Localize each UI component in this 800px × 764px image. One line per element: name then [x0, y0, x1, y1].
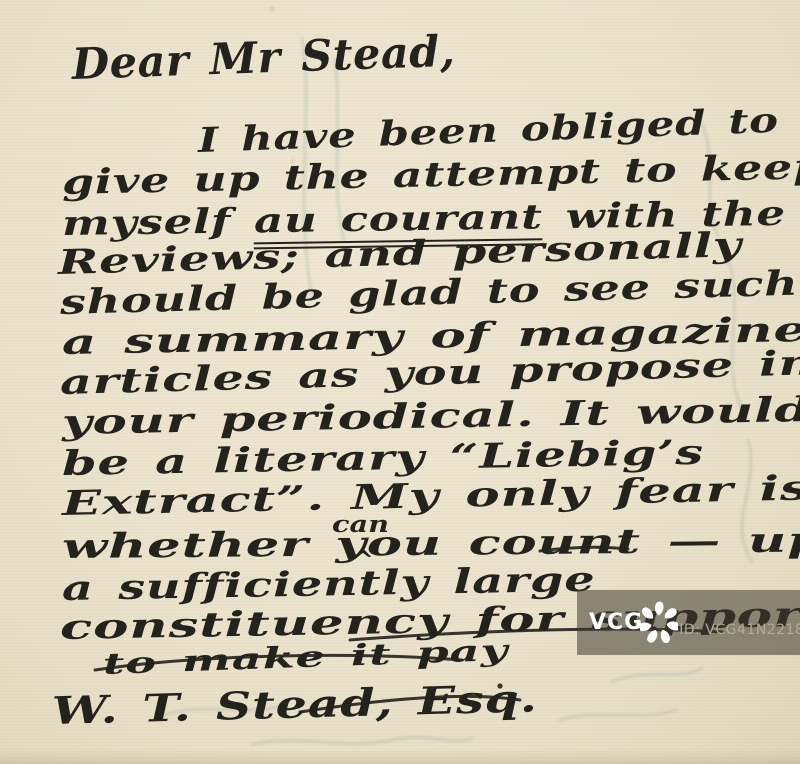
inserted-word: can	[332, 511, 389, 538]
letter-line: give up the attempt to keep	[62, 150, 800, 200]
vcg-flower-icon	[640, 597, 678, 649]
insertion-caret-icon: ^	[352, 548, 374, 574]
vcg-watermark-bar: VCG ID: VCG41N2218054607	[577, 590, 800, 655]
vcg-logo-text: VCG	[589, 612, 643, 634]
handwritten-letter-scan: Dear Mr Stead, I have been obliged to gi…	[0, 0, 800, 764]
watermark-id-text: ID: VCG41N2218054607	[679, 623, 800, 637]
letter-line-salutation: Dear Mr Stead,	[71, 31, 456, 87]
letter-line-addressee: W. T. Stead, Esq.	[51, 679, 537, 730]
letter-line: whether you count — upon	[62, 523, 800, 564]
